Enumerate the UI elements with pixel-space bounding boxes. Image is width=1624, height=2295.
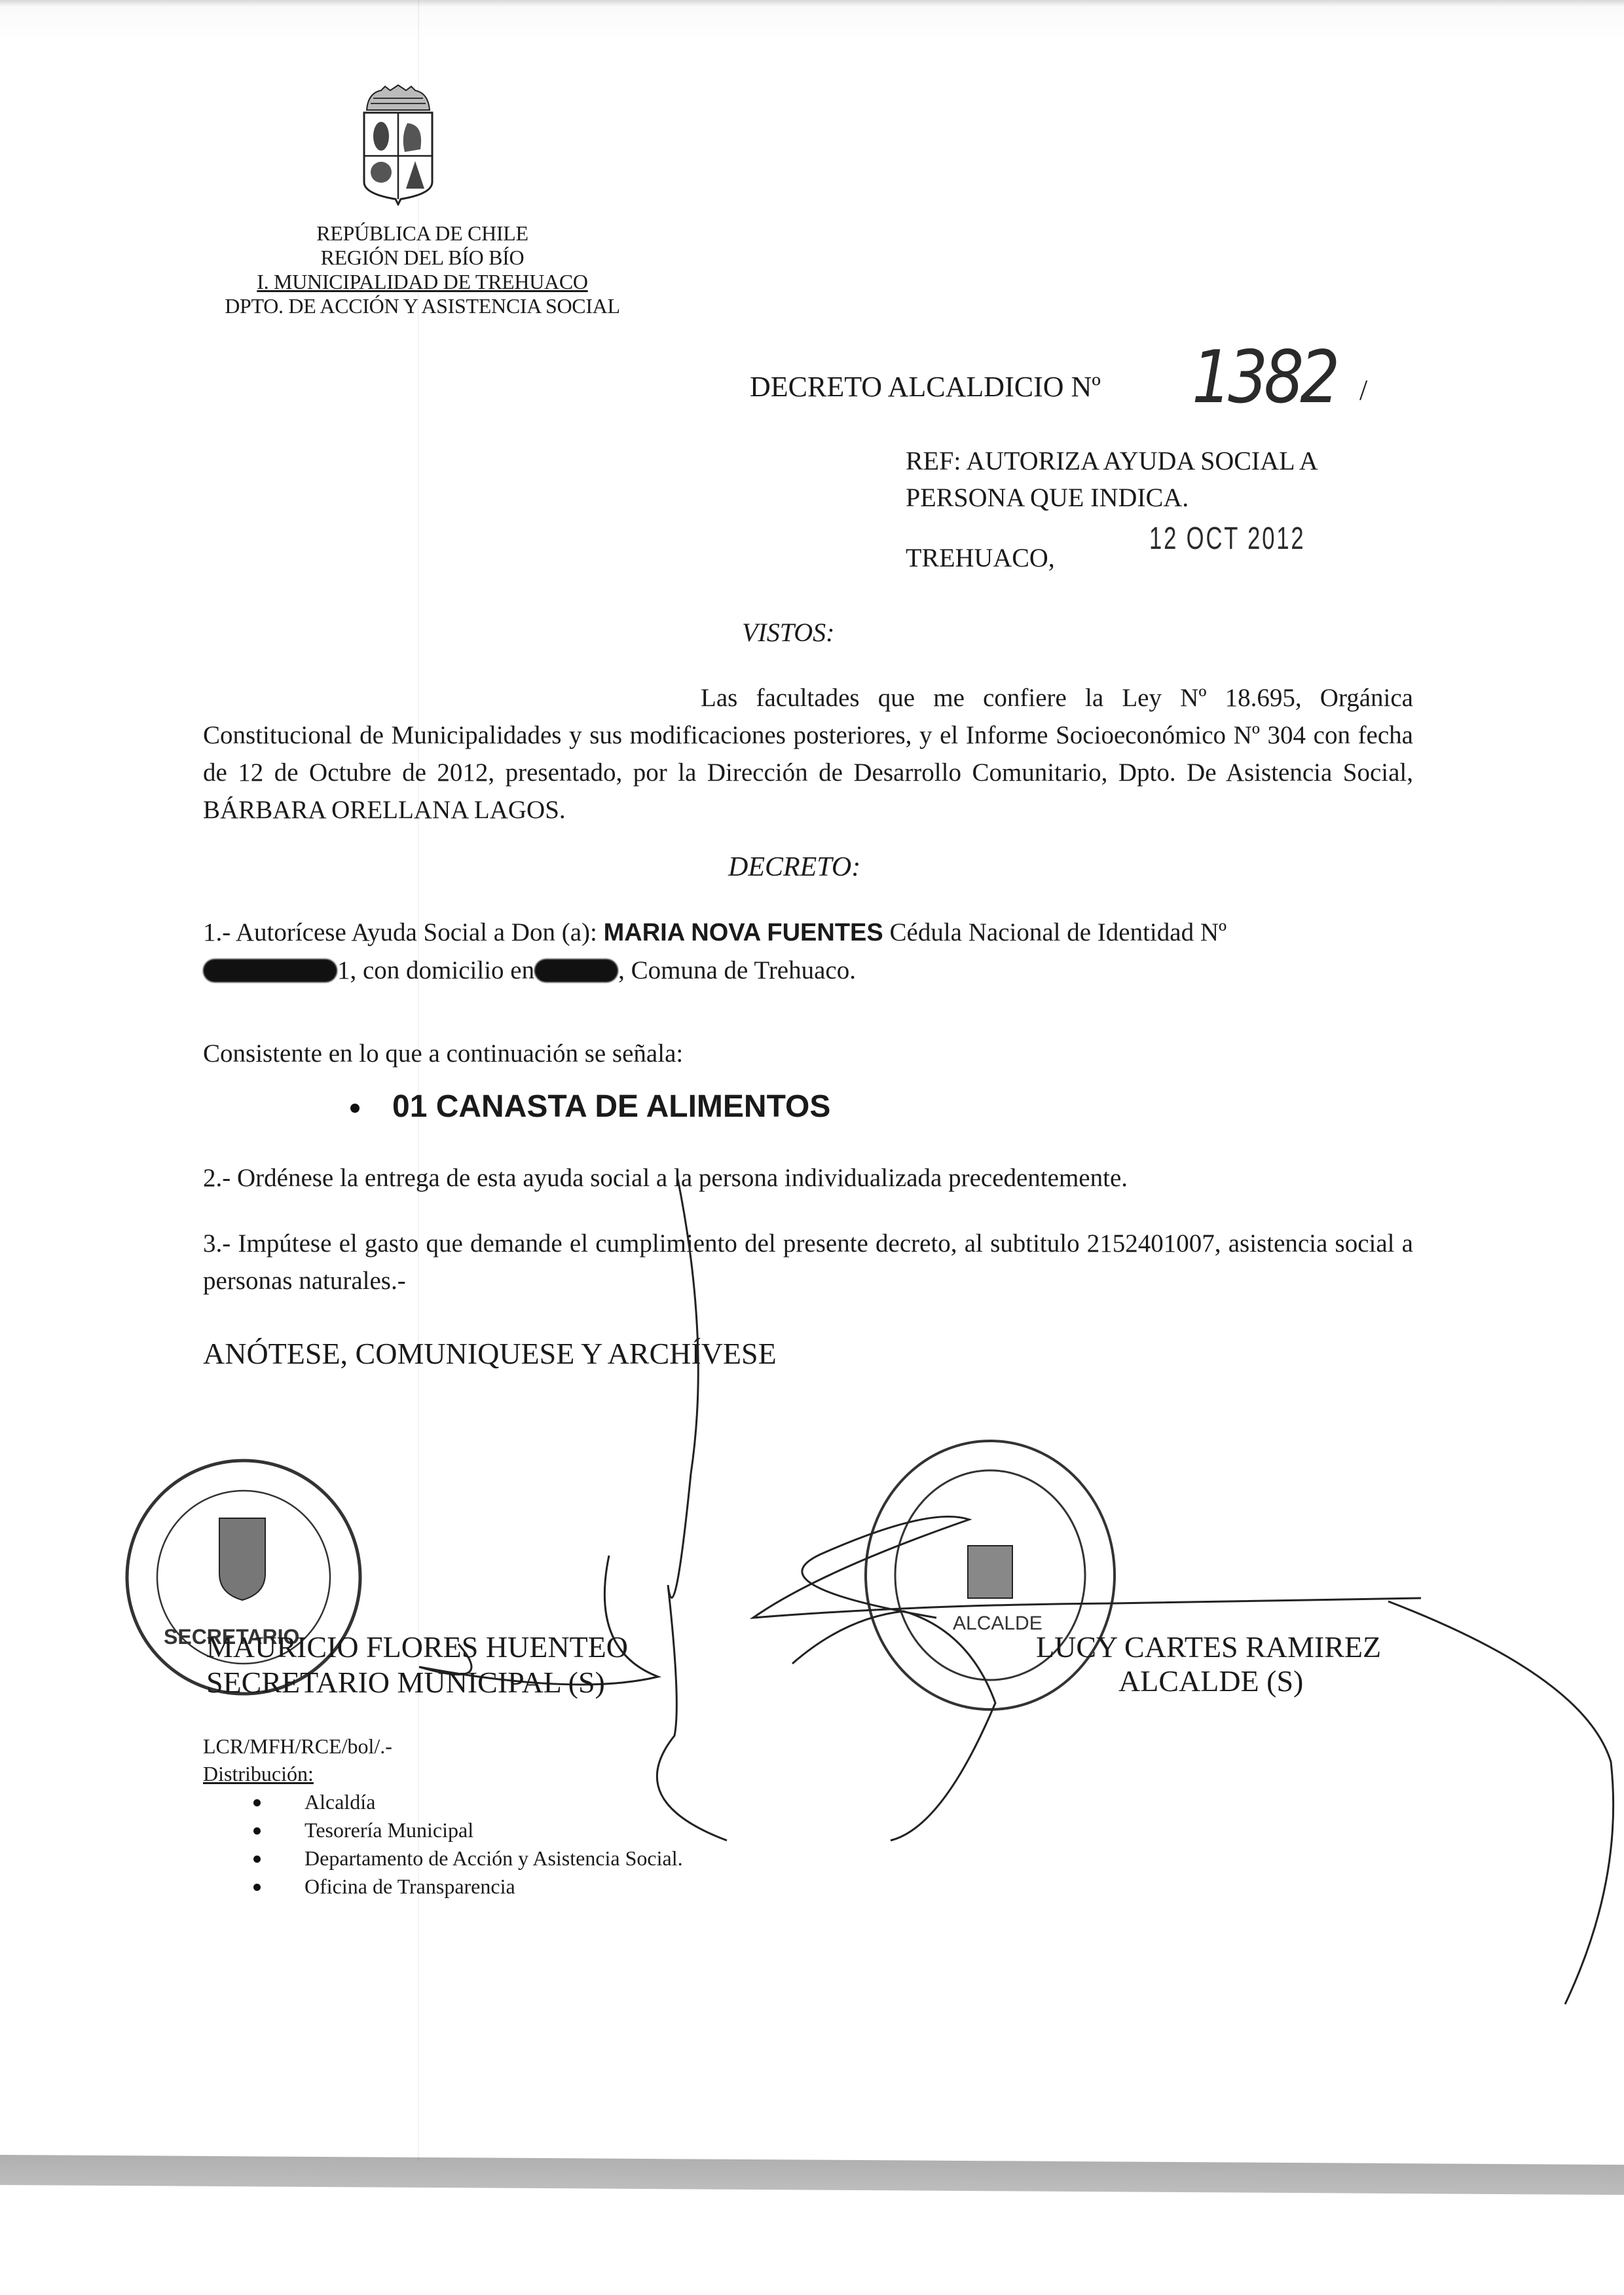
distribution-item: Tesorería Municipal bbox=[252, 1816, 683, 1844]
article-1-commune: , Comuna de Trehuaco. bbox=[618, 956, 856, 984]
mayor-name: LUCY CARTES RAMIREZ bbox=[1036, 1630, 1381, 1665]
secretary-name: MAURICIO FLORES HUENTEO bbox=[206, 1630, 628, 1665]
decreto-heading: DECRETO: bbox=[728, 851, 860, 883]
decree-number-handwritten: 1382 bbox=[1192, 335, 1336, 420]
article-1-id-label: Cédula Nacional de Identidad Nº bbox=[883, 918, 1227, 946]
bullet-icon bbox=[350, 1104, 360, 1113]
distribution-list: Alcaldía Tesorería Municipal Departament… bbox=[252, 1788, 683, 1901]
distribution-heading: Distribución: bbox=[203, 1760, 392, 1787]
mayor-title: ALCALDE (S) bbox=[1118, 1664, 1303, 1698]
institution-header: REPÚBLICA DE CHILE REGIÓN DEL BÍO BÍO I.… bbox=[196, 221, 648, 318]
redacted-id-number bbox=[203, 959, 337, 982]
coat-of-arms-icon bbox=[361, 84, 435, 206]
place-label: TREHUACO, bbox=[906, 542, 1055, 573]
reference-block: REF: AUTORIZA AYUDA SOCIAL A PERSONA QUE… bbox=[906, 443, 1318, 516]
secretary-title: SECRETARIO MUNICIPAL (S) bbox=[206, 1665, 628, 1700]
vistos-heading: VISTOS: bbox=[742, 617, 834, 648]
article-1: 1.- Autorícese Ayuda Social a Don (a): M… bbox=[203, 914, 1413, 989]
distribution-item: Alcaldía bbox=[252, 1788, 683, 1816]
aid-item: 01 CANASTA DE ALIMENTOS bbox=[350, 1089, 830, 1125]
reference-line: REF: AUTORIZA AYUDA SOCIAL A bbox=[906, 443, 1318, 479]
article-1-address-label: 1, con domicilio en bbox=[337, 956, 534, 984]
header-line: REPÚBLICA DE CHILE bbox=[196, 221, 648, 246]
article-2: 2.- Ordénese la entrega de esta ayuda so… bbox=[203, 1159, 1413, 1197]
article-1-prefix: 1.- Autorícese Ayuda Social a Don (a): bbox=[203, 918, 604, 946]
distribution-item: Oficina de Transparencia bbox=[252, 1873, 683, 1901]
secretary-signature-block: MAURICIO FLORES HUENTEO SECRETARIO MUNIC… bbox=[206, 1630, 628, 1700]
header-line: REGIÓN DEL BÍO BÍO bbox=[196, 246, 648, 270]
date-stamp: 12 OCT 2012 bbox=[1149, 521, 1306, 557]
header-line-department: DPTO. DE ACCIÓN Y ASISTENCIA SOCIAL bbox=[196, 294, 648, 318]
footer-references: LCR/MFH/RCE/bol/.- Distribución: bbox=[203, 1732, 392, 1787]
redacted-address bbox=[534, 959, 618, 982]
beneficiary-name: MARIA NOVA FUENTES bbox=[604, 919, 883, 946]
closing-formula: ANÓTESE, COMUNIQUESE Y ARCHÍVESE bbox=[203, 1336, 777, 1371]
header-line-municipality: I. MUNICIPALIDAD DE TREHUACO bbox=[196, 270, 648, 294]
article-3: 3.- Impútese el gasto que demande el cum… bbox=[203, 1225, 1413, 1299]
decree-title: DECRETO ALCALDICIO Nº bbox=[750, 370, 1101, 403]
aid-item-label: 01 CANASTA DE ALIMENTOS bbox=[392, 1089, 830, 1124]
vistos-paragraph: Las facultades que me confiere la Ley Nº… bbox=[203, 679, 1413, 829]
distribution-item: Departamento de Acción y Asistencia Soci… bbox=[252, 1844, 683, 1873]
decree-number-slash: / bbox=[1359, 373, 1367, 407]
reference-line: PERSONA QUE INDICA. bbox=[906, 479, 1318, 516]
initials: LCR/MFH/RCE/bol/.- bbox=[203, 1732, 392, 1760]
consist-line: Consistente en lo que a continuación se … bbox=[203, 1035, 1413, 1072]
